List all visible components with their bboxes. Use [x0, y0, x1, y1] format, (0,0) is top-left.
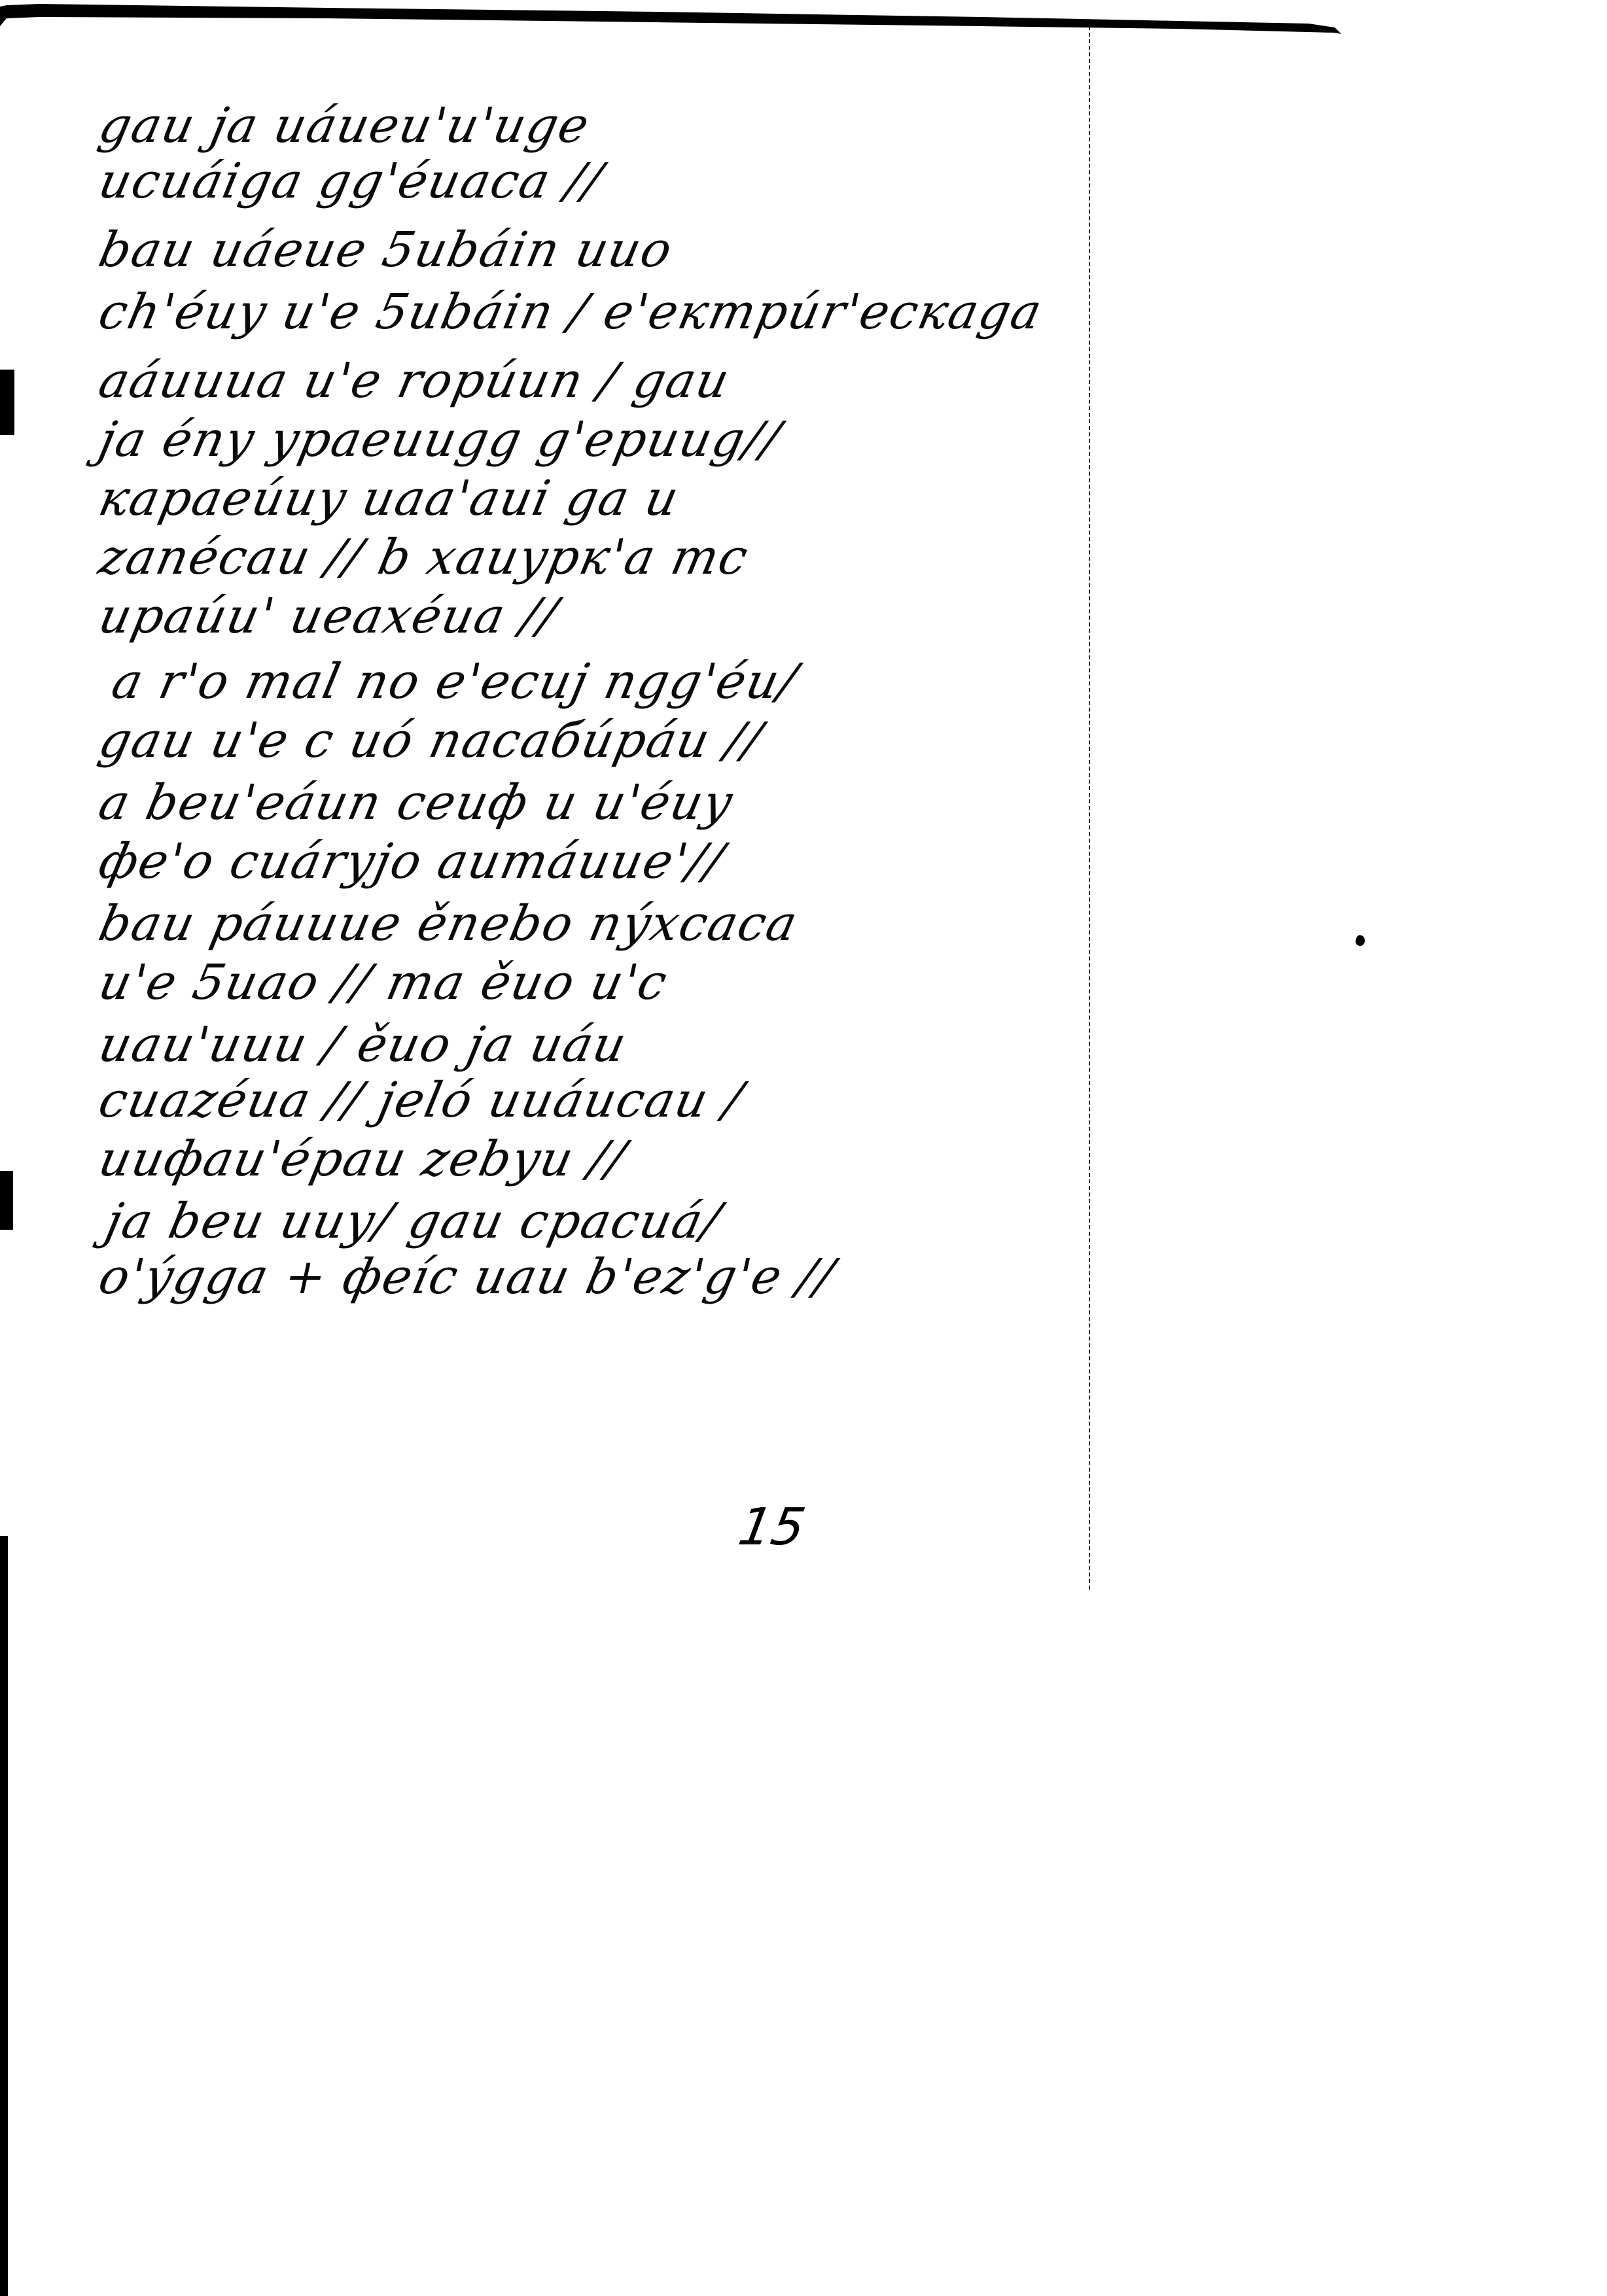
handwritten-line: a beu'eáun ceuф u u'éuy: [95, 778, 737, 827]
handwritten-text-block: gau ja uáueu'u'uge ucuáiga gg'éuaca // b…: [0, 0, 1607, 2296]
page-number: 15: [734, 1498, 809, 1557]
handwritten-line: ja beu uuy/ gau cpacuá/: [101, 1197, 726, 1245]
handwritten-line: cuazéua // jeló uuáucau /: [95, 1076, 748, 1124]
handwritten-line: o'ýgga + фeíc uau b'ez'g'e //: [95, 1253, 839, 1301]
handwritten-line: zanécau // b xauypк'a mc: [95, 533, 753, 582]
handwritten-line: ucuáiga gg'éuaca //: [95, 157, 607, 205]
handwritten-line: кapaeúuy uaa'aui ga u: [95, 474, 684, 523]
scanned-page: gau ja uáueu'u'uge ucuáiga gg'éuaca // b…: [0, 0, 1607, 2296]
handwritten-line: aáuuua u'e ropúun / gau: [95, 357, 734, 405]
handwritten-line: upaúu' ueaxéua //: [95, 592, 562, 640]
handwritten-line: uuфau'épau zebyu //: [95, 1135, 631, 1183]
handwritten-line: ja ény ypaeuugg g'epuug//: [95, 415, 785, 464]
handwritten-line: gau u'e c uó nacaбúpáu //: [95, 716, 767, 765]
handwritten-line: bau uáeue 5ubáin uuo: [95, 226, 677, 274]
handwritten-line: a r'o mal no e'ecuj ngg'éu/: [108, 657, 802, 706]
handwritten-line: фe'o cuáryjo aumáuue'//: [95, 837, 729, 886]
handwritten-line: u'e 5uao // ma ěuo u'c: [95, 958, 672, 1007]
handwritten-line: ch'éuy u'e 5ubáin / e'eкmpúr'ecкaga: [95, 288, 1047, 336]
handwritten-line: bau páuuue ěnebo nýxcaca: [95, 899, 802, 948]
handwritten-line: uau'uuu / ěuo ja uáu: [95, 1020, 631, 1069]
handwritten-line: gau ja uáueu'u'uge: [95, 101, 594, 150]
